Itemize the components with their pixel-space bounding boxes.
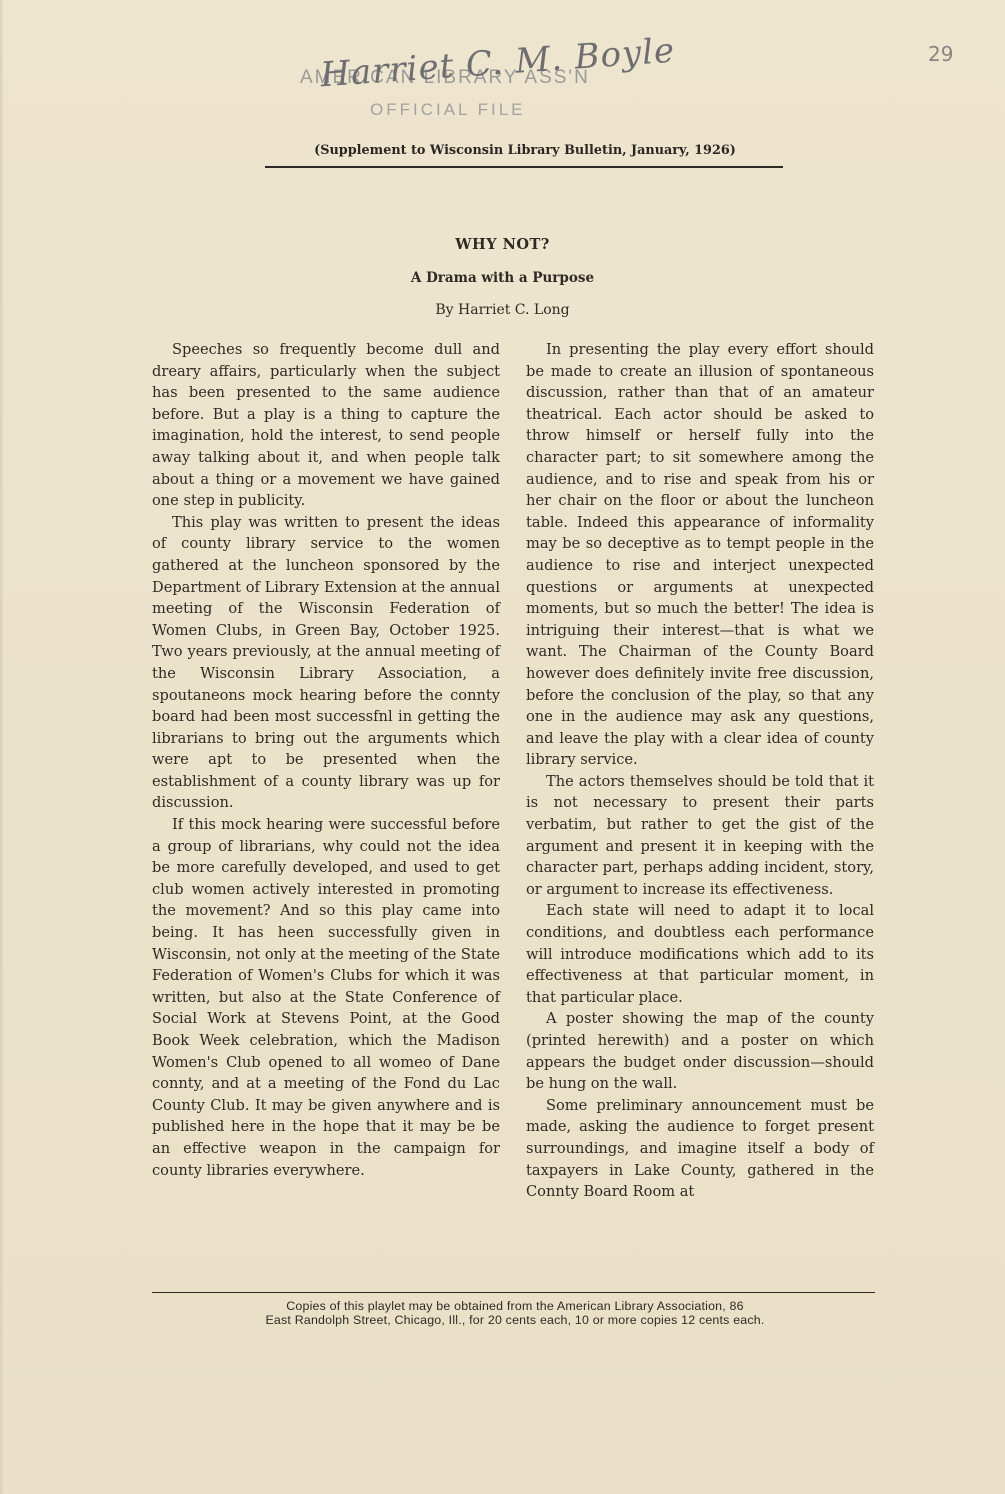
paragraph: Some preliminary announcement must be ma… xyxy=(526,1095,874,1203)
official-file-stamp: AMERICAN LIBRARY ASS'N OFFICIAL FILE Har… xyxy=(300,55,720,125)
paragraph: In presenting the play every effort shou… xyxy=(526,339,874,771)
document-page: AMERICAN LIBRARY ASS'N OFFICIAL FILE Har… xyxy=(0,0,1005,1494)
page-edge-shadow xyxy=(0,0,4,1494)
header-rule xyxy=(265,166,783,168)
stamp-line-2: OFFICIAL FILE xyxy=(370,100,526,120)
paragraph: Each state will need to adapt it to loca… xyxy=(526,900,874,1008)
author-byline: By Harriet C. Long xyxy=(0,302,1005,318)
paragraph: Speeches so frequently become dull and d… xyxy=(152,339,500,512)
footnote-line-2: East Randolph Street, Chicago, Ill., for… xyxy=(130,1313,900,1327)
footnote-line-1: Copies of this playlet may be obtained f… xyxy=(130,1299,900,1313)
supplement-header: (Supplement to Wisconsin Library Bulleti… xyxy=(265,143,785,158)
right-column: In presenting the play every effort shou… xyxy=(526,339,874,1203)
paragraph: The actors themselves should be told tha… xyxy=(526,771,874,901)
paragraph: If this mock hearing were successful bef… xyxy=(152,814,500,1181)
left-column: Speeches so frequently become dull and d… xyxy=(152,339,500,1181)
paragraph: This play was written to present the ide… xyxy=(152,512,500,814)
paragraph: A poster showing the map of the county (… xyxy=(526,1008,874,1094)
footnote: Copies of this playlet may be obtained f… xyxy=(130,1299,900,1327)
footnote-rule xyxy=(152,1292,875,1293)
page-title: WHY NOT? xyxy=(0,236,1005,253)
handwritten-page-number: 29 xyxy=(928,42,953,66)
page-subtitle: A Drama with a Purpose xyxy=(0,270,1005,286)
